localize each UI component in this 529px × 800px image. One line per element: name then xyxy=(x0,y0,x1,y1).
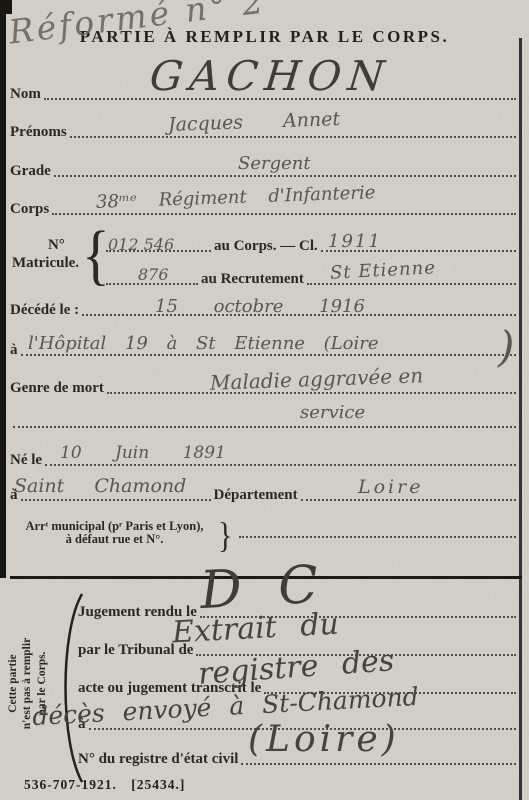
arr-label-line2: à défaut rue et N°. xyxy=(12,533,217,546)
grade-label: Grade xyxy=(10,164,51,181)
field-ne-lieu: à Département xyxy=(10,481,519,505)
field-transcrit: acte ou jugement transcrit le xyxy=(78,674,519,698)
sidebar-note-line1: Cette partie xyxy=(6,586,20,781)
field-jugement: Jugement rendu le xyxy=(78,598,519,622)
field-corps: Corps xyxy=(10,195,519,219)
ne-line xyxy=(45,462,516,466)
acte-lieu-label: à xyxy=(78,717,86,734)
genre-label: Genre de mort xyxy=(10,381,104,398)
ne-label: Né le xyxy=(10,453,42,470)
prenoms-line xyxy=(70,134,516,138)
print-imprint: 536-707-1921. [25434.] xyxy=(24,777,185,793)
recrutement-line xyxy=(307,281,516,285)
grade-line xyxy=(54,173,516,177)
sidebar-note-line2: n'est pas à remplir xyxy=(20,586,34,781)
tribunal-label: par le Tribunal de xyxy=(78,643,193,660)
jugement-label: Jugement rendu le xyxy=(78,605,197,622)
sidebar-note-line3: par le Corps. xyxy=(35,586,49,781)
field-arr-municipal-label: Arrᵗ municipal (pʳ Paris et Lyon), à déf… xyxy=(12,520,217,545)
matricule-name-label: Matricule. xyxy=(12,256,79,273)
registre-label: N° du registre d'état civil xyxy=(78,752,238,769)
au-corps-label: au Corps. — Cl. xyxy=(214,239,318,256)
transcrit-line xyxy=(264,690,516,694)
decede-lieu-label: à xyxy=(10,343,18,360)
field-decede-lieu: à xyxy=(10,336,519,360)
field-genre-de-mort: Genre de mort xyxy=(10,374,519,398)
ne-lieu-line xyxy=(21,497,211,501)
section-divider xyxy=(10,576,522,579)
genre-line-2 xyxy=(13,424,516,428)
departement-label: Département xyxy=(214,488,298,505)
scan-corner-mark xyxy=(0,0,12,14)
jugement-line xyxy=(200,614,516,618)
tribunal-line xyxy=(196,652,516,656)
scan-left-edge xyxy=(0,0,6,578)
nom-line xyxy=(44,96,516,100)
field-nom: Nom xyxy=(10,80,519,104)
field-arr-municipal-line xyxy=(236,518,519,542)
decede-lieu-line xyxy=(21,352,517,356)
field-tribunal: par le Tribunal de xyxy=(78,636,519,660)
acte-lieu-line xyxy=(89,726,517,730)
field-grade: Grade xyxy=(10,157,519,181)
field-genre-de-mort-cont xyxy=(10,408,519,432)
field-decede: Décédé le : xyxy=(10,296,519,320)
registre-line xyxy=(241,761,516,765)
decede-label: Décédé le : xyxy=(10,303,79,320)
corps-label: Corps xyxy=(10,202,49,219)
classe-line xyxy=(321,248,516,252)
matricule-corps-line xyxy=(106,248,211,252)
field-matricule-recrutement: au Recrutement xyxy=(103,265,519,289)
imprint-number: 536-707-1921. xyxy=(24,777,117,792)
field-registre: N° du registre d'état civil xyxy=(78,745,519,769)
decede-line xyxy=(82,312,516,316)
field-matricule-corps: au Corps. — Cl. xyxy=(103,232,519,256)
ne-lieu-label: à xyxy=(10,488,18,505)
field-prenoms: Prénoms xyxy=(10,118,519,142)
matricule-no-label: N° xyxy=(48,238,65,255)
prenoms-label: Prénoms xyxy=(10,125,67,142)
scan-right-edge xyxy=(519,38,522,800)
sidebar-note: Cette partie n'est pas à remplir par le … xyxy=(6,586,49,781)
nom-label: Nom xyxy=(10,87,41,104)
form-title: PARTIE À REMPLIR PAR LE CORPS. xyxy=(0,27,529,47)
corps-line xyxy=(52,211,516,215)
departement-line xyxy=(301,497,516,501)
field-acte-lieu: à xyxy=(78,710,519,734)
arr-label-line1: Arrᵗ municipal (pʳ Paris et Lyon), xyxy=(12,520,217,533)
arr-brace: } xyxy=(218,518,232,554)
au-recrutement-label: au Recrutement xyxy=(201,272,304,289)
imprint-ref: [25434.] xyxy=(131,777,185,792)
transcrit-label: acte ou jugement transcrit le xyxy=(78,681,261,698)
scanned-military-death-record: PARTIE À REMPLIR PAR LE CORPS. Nom Préno… xyxy=(0,0,529,800)
genre-line-1 xyxy=(107,390,516,394)
arr-line xyxy=(239,534,516,538)
matricule-recrutement-line xyxy=(106,281,198,285)
field-ne-le: Né le xyxy=(10,446,519,470)
